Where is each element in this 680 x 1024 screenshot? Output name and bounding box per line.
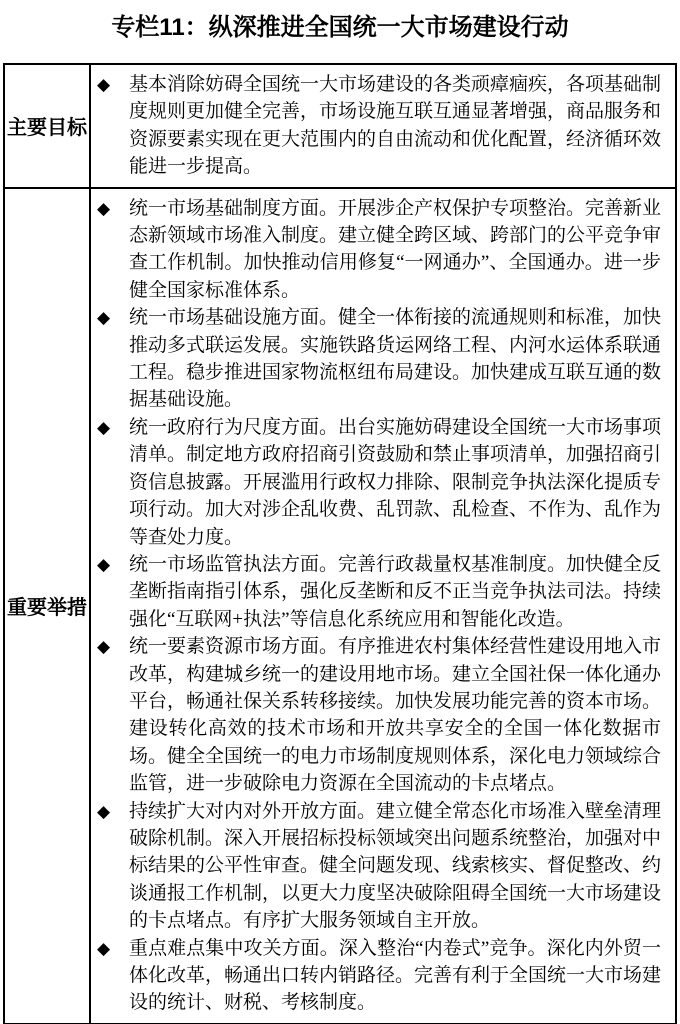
list-item: ◆ 统一市场基础设施方面。健全一体衔接的流通规则和标准，加快推动多式联运发展。实… (91, 304, 661, 414)
diamond-bullet-icon: ◆ (97, 799, 110, 826)
list-item: ◆ 基本消除妨碍全国统一大市场建设的各类顽瘴痼疾，各项基础制度规则更加健全完善，… (91, 71, 661, 181)
list-item-text: 统一市场监管执法方面。完善行政裁量权基准制度。加快健全反垄断指南指引体系，强化反… (129, 554, 661, 630)
key-measures-cell: ◆ 统一市场基础制度方面。开展涉企产权保护专项整治。完善新业态新领域市场准入制度… (91, 189, 675, 1023)
list-item-text: 重点难点集中攻关方面。深入整治“内卷式”竞争。深化内外贸一体化改革，畅通出口转内… (129, 938, 661, 1014)
page-title: 专栏11：纵深推进全国统一大市场建设行动 (0, 13, 680, 42)
diamond-bullet-icon: ◆ (97, 552, 110, 579)
list-item: ◆ 持续扩大对内对外开放方面。建立健全常态化市场准入壁垒清理破除机制。深入开展招… (91, 798, 661, 935)
list-item-text: 统一政府行为尺度方面。出台实施妨碍建设全国统一大市场事项清单。制定地方政府招商引… (129, 417, 661, 548)
column-table: 主要目标 ◆ 基本消除妨碍全国统一大市场建设的各类顽瘴痼疾，各项基础制度规则更加… (3, 63, 677, 1024)
diamond-bullet-icon: ◆ (97, 936, 110, 963)
diamond-bullet-icon: ◆ (97, 196, 110, 223)
list-item-text: 统一市场基础制度方面。开展涉企产权保护专项整治。完善新业态新领域市场准入制度。建… (129, 198, 661, 301)
list-item-text: 统一要素资源市场方面。有序推进农村集体经营性建设用地入市改革，构建城乡统一的建设… (129, 636, 661, 794)
diamond-bullet-icon: ◆ (97, 305, 110, 332)
diamond-bullet-icon: ◆ (97, 415, 110, 442)
diamond-bullet-icon: ◆ (97, 634, 110, 661)
list-item: ◆ 统一市场监管执法方面。完善行政裁量权基准制度。加快健全反垄断指南指引体系，强… (91, 551, 661, 633)
list-item-text: 统一市场基础设施方面。健全一体衔接的流通规则和标准，加快推动多式联运发展。实施铁… (129, 307, 661, 410)
diamond-bullet-icon: ◆ (97, 72, 110, 99)
main-goals-cell: ◆ 基本消除妨碍全国统一大市场建设的各类顽瘴痼疾，各项基础制度规则更加健全完善，… (91, 65, 675, 187)
table-row-key-measures: 重要举措 ◆ 统一市场基础制度方面。开展涉企产权保护专项整治。完善新业态新领域市… (5, 187, 675, 1023)
document-page: 专栏11：纵深推进全国统一大市场建设行动 主要目标 ◆ 基本消除妨碍全国统一大市… (0, 0, 680, 1024)
list-item: ◆ 统一市场基础制度方面。开展涉企产权保护专项整治。完善新业态新领域市场准入制度… (91, 195, 661, 305)
row-header-key-measures: 重要举措 (5, 189, 91, 1023)
table-row-main-goals: 主要目标 ◆ 基本消除妨碍全国统一大市场建设的各类顽瘴痼疾，各项基础制度规则更加… (5, 65, 675, 187)
row-header-main-goals: 主要目标 (5, 65, 91, 187)
list-item: ◆ 统一要素资源市场方面。有序推进农村集体经营性建设用地入市改革，构建城乡统一的… (91, 633, 661, 797)
list-item: ◆ 统一政府行为尺度方面。出台实施妨碍建设全国统一大市场事项清单。制定地方政府招… (91, 414, 661, 551)
list-item: ◆ 重点难点集中攻关方面。深入整治“内卷式”竞争。深化内外贸一体化改革，畅通出口… (91, 935, 661, 1017)
list-item-text: 基本消除妨碍全国统一大市场建设的各类顽瘴痼疾，各项基础制度规则更加健全完善，市场… (129, 74, 661, 177)
list-item-text: 持续扩大对内对外开放方面。建立健全常态化市场准入壁垒清理破除机制。深入开展招标投… (129, 801, 661, 932)
